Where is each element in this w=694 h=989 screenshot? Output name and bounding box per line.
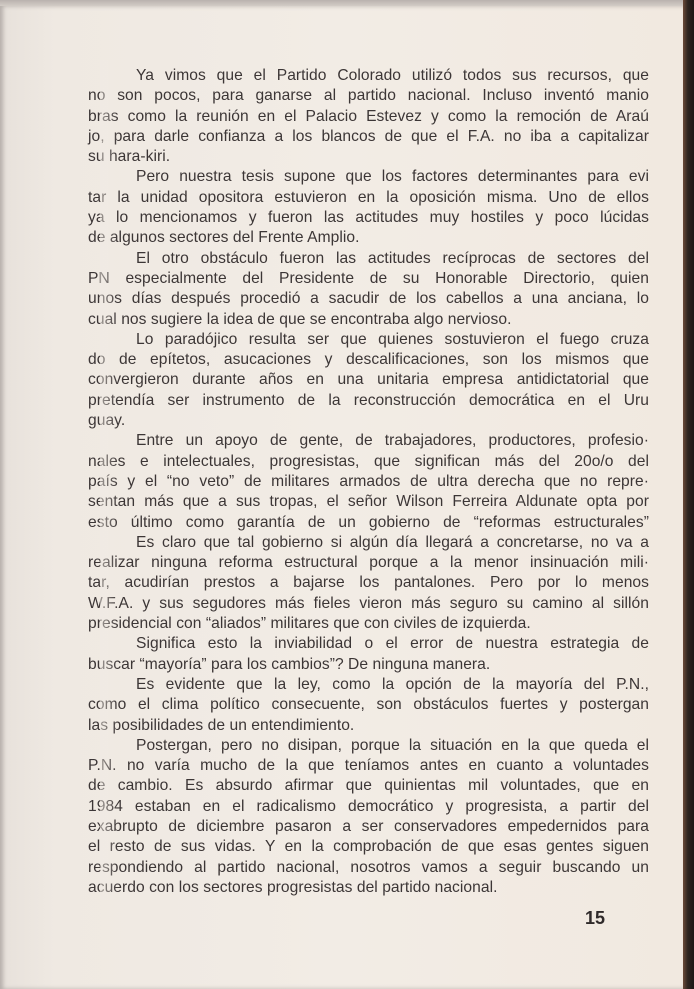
text-line: Pero nuestra tesis supone que los factor… xyxy=(104,167,649,187)
text-line: realizar ninguna reforma estructural por… xyxy=(88,553,649,573)
text-line: pretendía ser instrumento de la reconstr… xyxy=(88,391,649,411)
page-number: 15 xyxy=(585,908,605,929)
text-line: cual nos sugiere la idea de que se encon… xyxy=(88,310,649,330)
text-line: Es claro que tal gobierno si algún día l… xyxy=(104,533,649,553)
text-line: tar la unidad opositora estuvieron en la… xyxy=(88,188,649,208)
text-line: 1984 estaban en el radicalismo democráti… xyxy=(88,797,649,817)
text-line: unos días después procedió a sacudir de … xyxy=(88,289,649,309)
text-line: su hara-kiri. xyxy=(88,147,649,167)
text-line: no son pocos, para ganarse al partido na… xyxy=(88,86,649,106)
text-line: El otro obstáculo fueron las actitudes r… xyxy=(104,249,649,269)
text-line: exabrupto de diciembre pasaron a ser con… xyxy=(88,817,649,837)
text-line: do de epítetos, asucaciones y descalific… xyxy=(88,350,649,370)
paragraph: Entre un apoyo de gente, de trabajadores… xyxy=(104,431,649,532)
text-line: de cambio. Es absurdo afirmar que quinie… xyxy=(88,776,649,796)
text-line: acuerdo con los sectores progresistas de… xyxy=(88,878,649,898)
text-line: jo, para darle confianza a los blancos d… xyxy=(88,127,649,147)
text-line: W.F.A. y sus segudores más fieles vieron… xyxy=(88,594,649,614)
text-line: convergieron durante años en una unitari… xyxy=(88,370,649,390)
text-line: Significa esto la inviabilidad o el erro… xyxy=(104,634,649,654)
paragraph: Pero nuestra tesis supone que los factor… xyxy=(104,167,649,248)
text-line: el resto de sus vidas. Y en la comprobac… xyxy=(88,837,649,857)
paragraph: El otro obstáculo fueron las actitudes r… xyxy=(104,249,649,330)
text-line: esto último como garantía de un gobierno… xyxy=(88,513,649,533)
text-line: Postergan, pero no disipan, porque la si… xyxy=(104,736,649,756)
text-line: tar, acudirían prestos a bajarse los pan… xyxy=(88,573,649,593)
text-line: sentan más que a sus tropas, el señor Wi… xyxy=(88,492,649,512)
text-line: Es evidente que la ley, como la opción d… xyxy=(104,675,649,695)
text-line: ya lo mencionamos y fueron las actitudes… xyxy=(88,208,649,228)
text-line: como el clima político consecuente, son … xyxy=(88,695,649,715)
text-line: presidencial con “aliados” militares que… xyxy=(88,614,649,634)
paragraph: Es claro que tal gobierno si algún día l… xyxy=(104,533,649,634)
text-line: de algunos sectores del Frente Amplio. xyxy=(88,228,649,248)
text-line: las posibilidades de un entendimiento. xyxy=(88,716,649,736)
text-line: P.N. no varía mucho de la que teníamos a… xyxy=(88,756,649,776)
paragraph: Lo paradójico resulta ser que quienes so… xyxy=(104,330,649,431)
text-line: Ya vimos que el Partido Colorado utilizó… xyxy=(104,66,649,86)
paragraph: Significa esto la inviabilidad o el erro… xyxy=(104,634,649,675)
book-spine-edge xyxy=(683,0,694,989)
text-line: país y el “no veto” de militares armados… xyxy=(88,472,649,492)
text-line: guay. xyxy=(88,411,649,431)
text-line: Entre un apoyo de gente, de trabajadores… xyxy=(104,431,649,451)
text-line: respondiendo al partido nacional, nosotr… xyxy=(88,858,649,878)
text-line: PN especialmente del Presidente de su Ho… xyxy=(88,269,649,289)
text-line: buscar “mayoría” para los cambios”? De n… xyxy=(88,655,649,675)
text-line: bras como la reunión en el Palacio Estev… xyxy=(88,107,649,127)
text-line: Lo paradójico resulta ser que quienes so… xyxy=(104,330,649,350)
paragraph: Ya vimos que el Partido Colorado utilizó… xyxy=(104,66,649,167)
paragraph: Es evidente que la ley, como la opción d… xyxy=(104,675,649,736)
body-text: Ya vimos que el Partido Colorado utilizó… xyxy=(104,66,649,898)
paragraph: Postergan, pero no disipan, porque la si… xyxy=(104,736,649,898)
text-line: nales e intelectuales, progresistas, que… xyxy=(88,452,649,472)
